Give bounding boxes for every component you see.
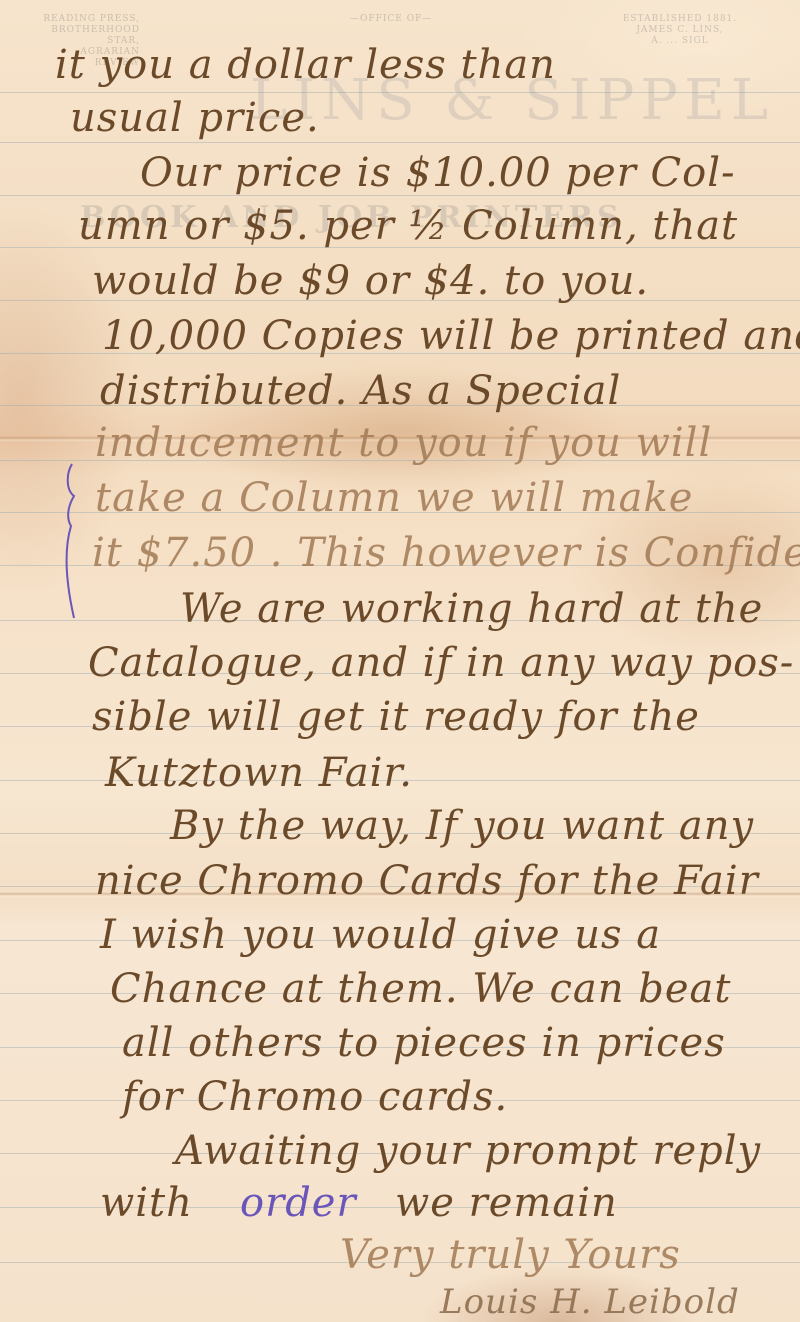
signature: Louis H. Leibold (440, 1282, 740, 1322)
letter-line: would be $9 or $4. to you. (92, 258, 649, 304)
letter-line: Catalogue, and if in any way pos- (88, 640, 794, 686)
letter-paper: Reading Press, Brotherhood Star, Agraria… (0, 0, 800, 1322)
letter-line: Kutztown Fair. (105, 750, 413, 796)
letter-line: all others to pieces in prices (122, 1020, 726, 1066)
letterhead-right-line: James C. Lins, (600, 25, 760, 36)
letter-line: Chance at them. We can beat (110, 966, 731, 1012)
letter-line: usual price. (70, 95, 320, 141)
letter-line: with (100, 1180, 193, 1226)
letterhead-right-line: Established 1881. (600, 14, 760, 25)
letter-line: By the way, If you want any (170, 803, 754, 849)
letter-line: take a Column we will make (95, 475, 693, 521)
purple-annotation-order: order (240, 1180, 357, 1226)
letterhead-right: Established 1881. James C. Lins, A. ... … (600, 14, 760, 47)
letter-line: umn or $5. per ½ Column, that (78, 203, 738, 249)
letter-line: for Chromo cards. (122, 1074, 508, 1120)
letter-line: Awaiting your prompt reply (175, 1128, 761, 1174)
letter-line: sible will get it ready for the (92, 694, 700, 740)
letter-line: it $7.50 . This however is Confidential (92, 530, 800, 576)
rule-line (0, 142, 800, 143)
letter-line: it you a dollar less than (55, 42, 556, 88)
letterhead-center: —Office of— (350, 14, 432, 25)
letter-line: Our price is $10.00 per Col- (140, 150, 736, 196)
letter-line: 10,000 Copies will be printed and (102, 313, 800, 359)
margin-bracket-mark (62, 462, 82, 620)
letterhead-right-line: A. ... Sigl (600, 36, 760, 47)
letter-line: I wish you would give us a (100, 912, 661, 958)
closing-line: Very truly Yours (340, 1232, 681, 1278)
letter-line: We are working hard at the (180, 586, 763, 632)
letter-line: distributed. As a Special (100, 368, 621, 414)
letterhead-left-line: Reading Press, (40, 14, 140, 25)
letter-line: inducement to you if you will (95, 420, 712, 466)
letter-line: nice Chromo Cards for the Fair (95, 858, 759, 904)
letter-line: we remain (395, 1180, 618, 1226)
